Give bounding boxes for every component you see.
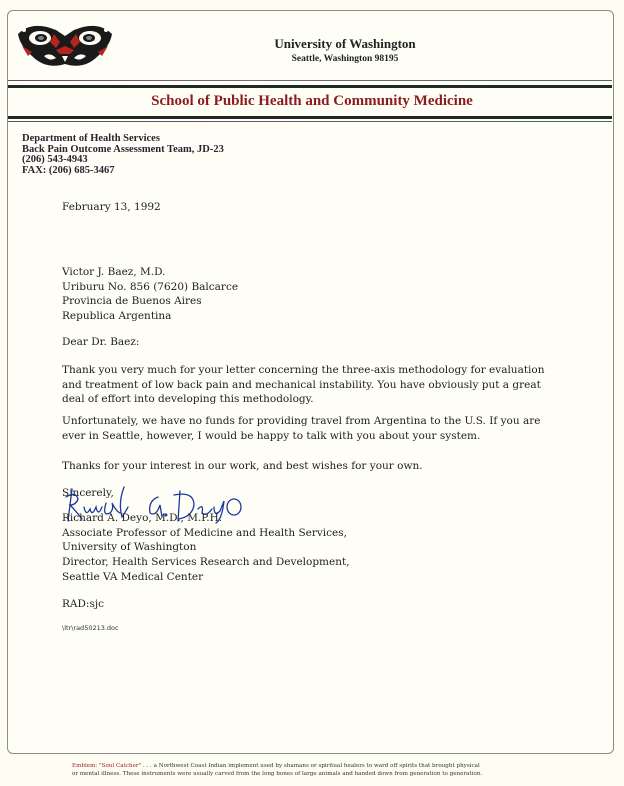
- document-reference: \ltr\rad50213.doc: [62, 624, 119, 632]
- paragraph-1: Thank you very much for your letter conc…: [62, 363, 545, 407]
- signer-title: Associate Professor of Medicine and Heal…: [62, 526, 350, 541]
- recipient-line: Uriburu No. 856 (7620) Balcarce: [62, 280, 238, 295]
- header-rule-thick-bottom: [8, 116, 612, 119]
- university-name: University of Washington: [0, 36, 624, 52]
- university-name-text: University of Washington: [208, 36, 415, 51]
- signer-affiliation: University of Washington: [62, 540, 350, 555]
- signer-name: Richard A. Deyo, M.D., M.P.H.: [62, 511, 350, 526]
- salutation: Dear Dr. Baez:: [62, 335, 139, 350]
- footnote-line-1: . . . a Northwest Coast Indian implement…: [141, 763, 480, 769]
- paragraph-3: Thanks for your interest in our work, an…: [62, 459, 423, 474]
- paragraph-line: and treatment of low back pain and mecha…: [62, 378, 545, 393]
- paragraph-line: ever in Seattle, however, I would be hap…: [62, 429, 540, 444]
- header-rule-thin-top: [8, 80, 612, 81]
- paragraph-line: Thanks for your interest in our work, an…: [62, 459, 423, 474]
- paragraph-2: Unfortunately, we have no funds for prov…: [62, 414, 540, 443]
- emblem-label: Emblem: "Soul Catcher": [72, 763, 141, 769]
- sender-line: Department of Health Services: [22, 134, 224, 145]
- school-title: School of Public Health and Community Me…: [0, 93, 624, 110]
- sender-line: FAX: (206) 685-3467: [22, 166, 224, 177]
- recipient-line: Victor J. Baez, M.D.: [62, 265, 238, 280]
- typist-initials: RAD:sjc: [62, 597, 104, 612]
- paragraph-line: Thank you very much for your letter conc…: [62, 363, 545, 378]
- signer-block: Richard A. Deyo, M.D., M.P.H. Associate …: [62, 511, 350, 585]
- sender-block: Department of Health Services Back Pain …: [22, 134, 224, 176]
- header-rule-thick-top: [8, 85, 612, 88]
- signer-title: Director, Health Services Research and D…: [62, 555, 350, 570]
- signer-affiliation: Seattle VA Medical Center: [62, 570, 350, 585]
- paragraph-line: deal of effort into developing this meth…: [62, 392, 545, 407]
- recipient-address: Victor J. Baez, M.D. Uriburu No. 856 (76…: [62, 265, 238, 324]
- paragraph-line: Unfortunately, we have no funds for prov…: [62, 414, 540, 429]
- recipient-line: Republica Argentina: [62, 309, 238, 324]
- sender-line: (206) 543-4943: [22, 155, 224, 166]
- header-rule-thin-bottom: [8, 121, 612, 122]
- letter-date: February 13, 1992: [62, 200, 161, 215]
- university-address: Seattle, Washington 98195: [0, 54, 624, 64]
- footnote-line-2: or mental illness. These instruments wer…: [72, 770, 612, 778]
- emblem-footnote: Emblem: "Soul Catcher" . . . a Northwest…: [72, 762, 612, 778]
- recipient-line: Provincia de Buenos Aires: [62, 294, 238, 309]
